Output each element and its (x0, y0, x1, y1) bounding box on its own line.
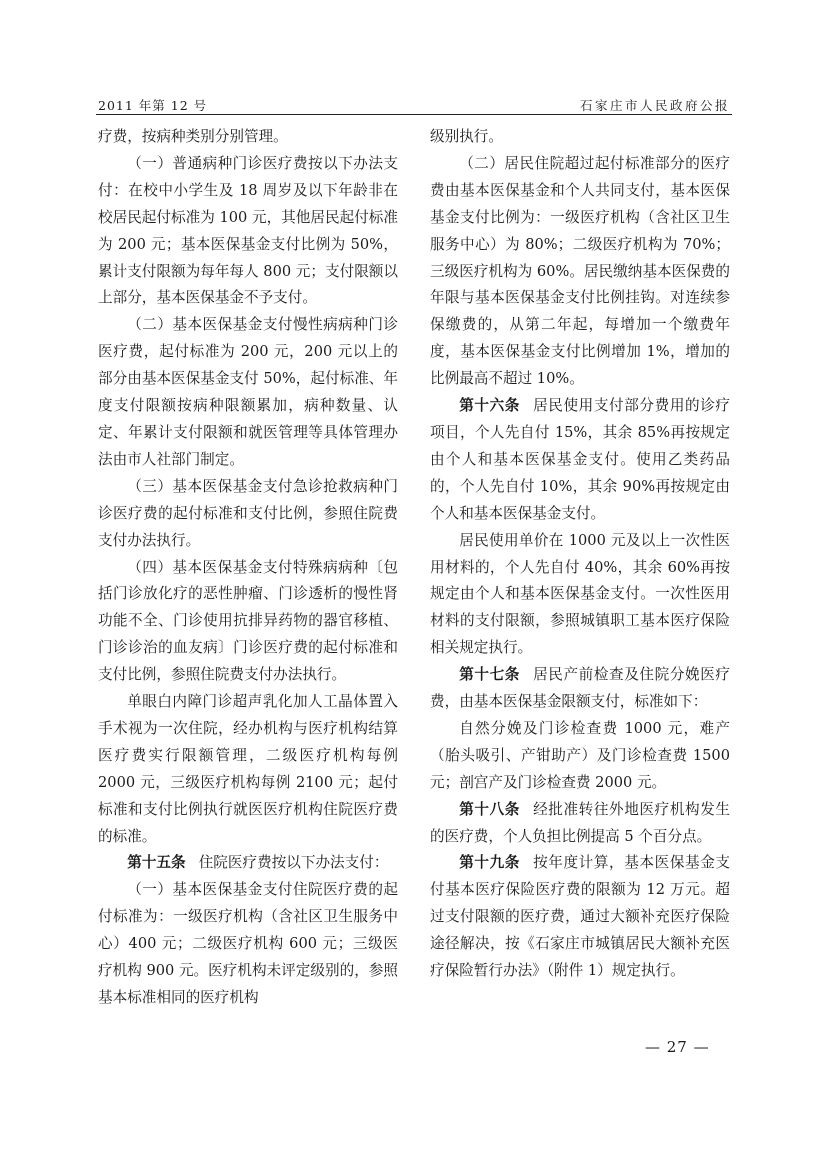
article-title: 第十七条 (459, 666, 520, 683)
article-17: 第十七条居民产前检查及住院分娩医疗费，由基本医保基金限额支付，标准如下： (430, 662, 730, 716)
paragraph: （一）基本医保基金支付住院医疗费的起付标准为：一级医疗机构（含社区卫生服务中心）… (98, 877, 398, 1012)
paragraph: （三）基本医保基金支付急诊抢救病种门诊医疗费的起付标准和支付比例，参照住院费支付… (98, 474, 398, 555)
left-column: 疗费，按病种类别分别管理。 （一）普通病种门诊医疗费按以下办法支付：在校中小学生… (98, 124, 398, 1012)
header-rule (96, 114, 732, 115)
paragraph: 居民使用单价在 1000 元及以上一次性医用材料的，个人先自付 40%，其余 6… (430, 528, 730, 663)
article-title: 第十九条 (459, 854, 520, 871)
article-title: 第十八条 (459, 801, 520, 818)
paragraph: 自然分娩及门诊检查费 1000 元，难产（胎头吸引、产钳助产）及门诊检查费 15… (430, 716, 730, 797)
article-text: 住院医疗费按以下办法支付： (199, 854, 389, 871)
running-header: 2011 年第 12 号 石家庄市人民政府公报 (98, 94, 730, 114)
article-18: 第十八条经批准转往外地医疗机构发生的医疗费，个人负担比例提高 5 个百分点。 (430, 797, 730, 851)
article-text: 居民使用支付部分费用的诊疗项目，个人先自付 15%，其余 85%再按规定由个人和… (430, 397, 730, 522)
article-19: 第十九条按年度计算，基本医保基金支付基本医疗保险医疗费的限额为 12 万元。超过… (430, 850, 730, 985)
paragraph: 级别执行。 (430, 124, 730, 151)
paragraph: 疗费，按病种类别分别管理。 (98, 124, 398, 151)
paragraph: （四）基本医保基金支付特殊病病种〔包括门诊放化疗的恶性肿瘤、门诊透析的慢性肾功能… (98, 555, 398, 690)
paragraph: 单眼白内障门诊超声乳化加人工晶体置入手术视为一次住院，经办机构与医疗机构结算医疗… (98, 689, 398, 850)
article-title: 第十六条 (459, 397, 520, 414)
publication-title: 石家庄市人民政府公报 (580, 96, 730, 114)
page-number: — 27 — (645, 1038, 710, 1056)
article-text: 按年度计算，基本医保基金支付基本医疗保险医疗费的限额为 12 万元。超过支付限额… (430, 854, 730, 979)
paragraph: （二）居民住院超过起付标准部分的医疗费由基本医保基金和个人共同支付，基本医保基金… (430, 151, 730, 393)
paragraph: （一）普通病种门诊医疗费按以下办法支付：在校中小学生及 18 周岁及以下年龄非在… (98, 151, 398, 312)
issue-label: 2011 年第 12 号 (98, 96, 207, 114)
article-15: 第十五条住院医疗费按以下办法支付： (98, 850, 398, 877)
paragraph: （二）基本医保基金支付慢性病病种门诊医疗费，起付标准为 200 元，200 元以… (98, 312, 398, 473)
article-title: 第十五条 (127, 854, 185, 871)
article-16: 第十六条居民使用支付部分费用的诊疗项目，个人先自付 15%，其余 85%再按规定… (430, 393, 730, 528)
right-column: 级别执行。 （二）居民住院超过起付标准部分的医疗费由基本医保基金和个人共同支付，… (430, 124, 730, 985)
